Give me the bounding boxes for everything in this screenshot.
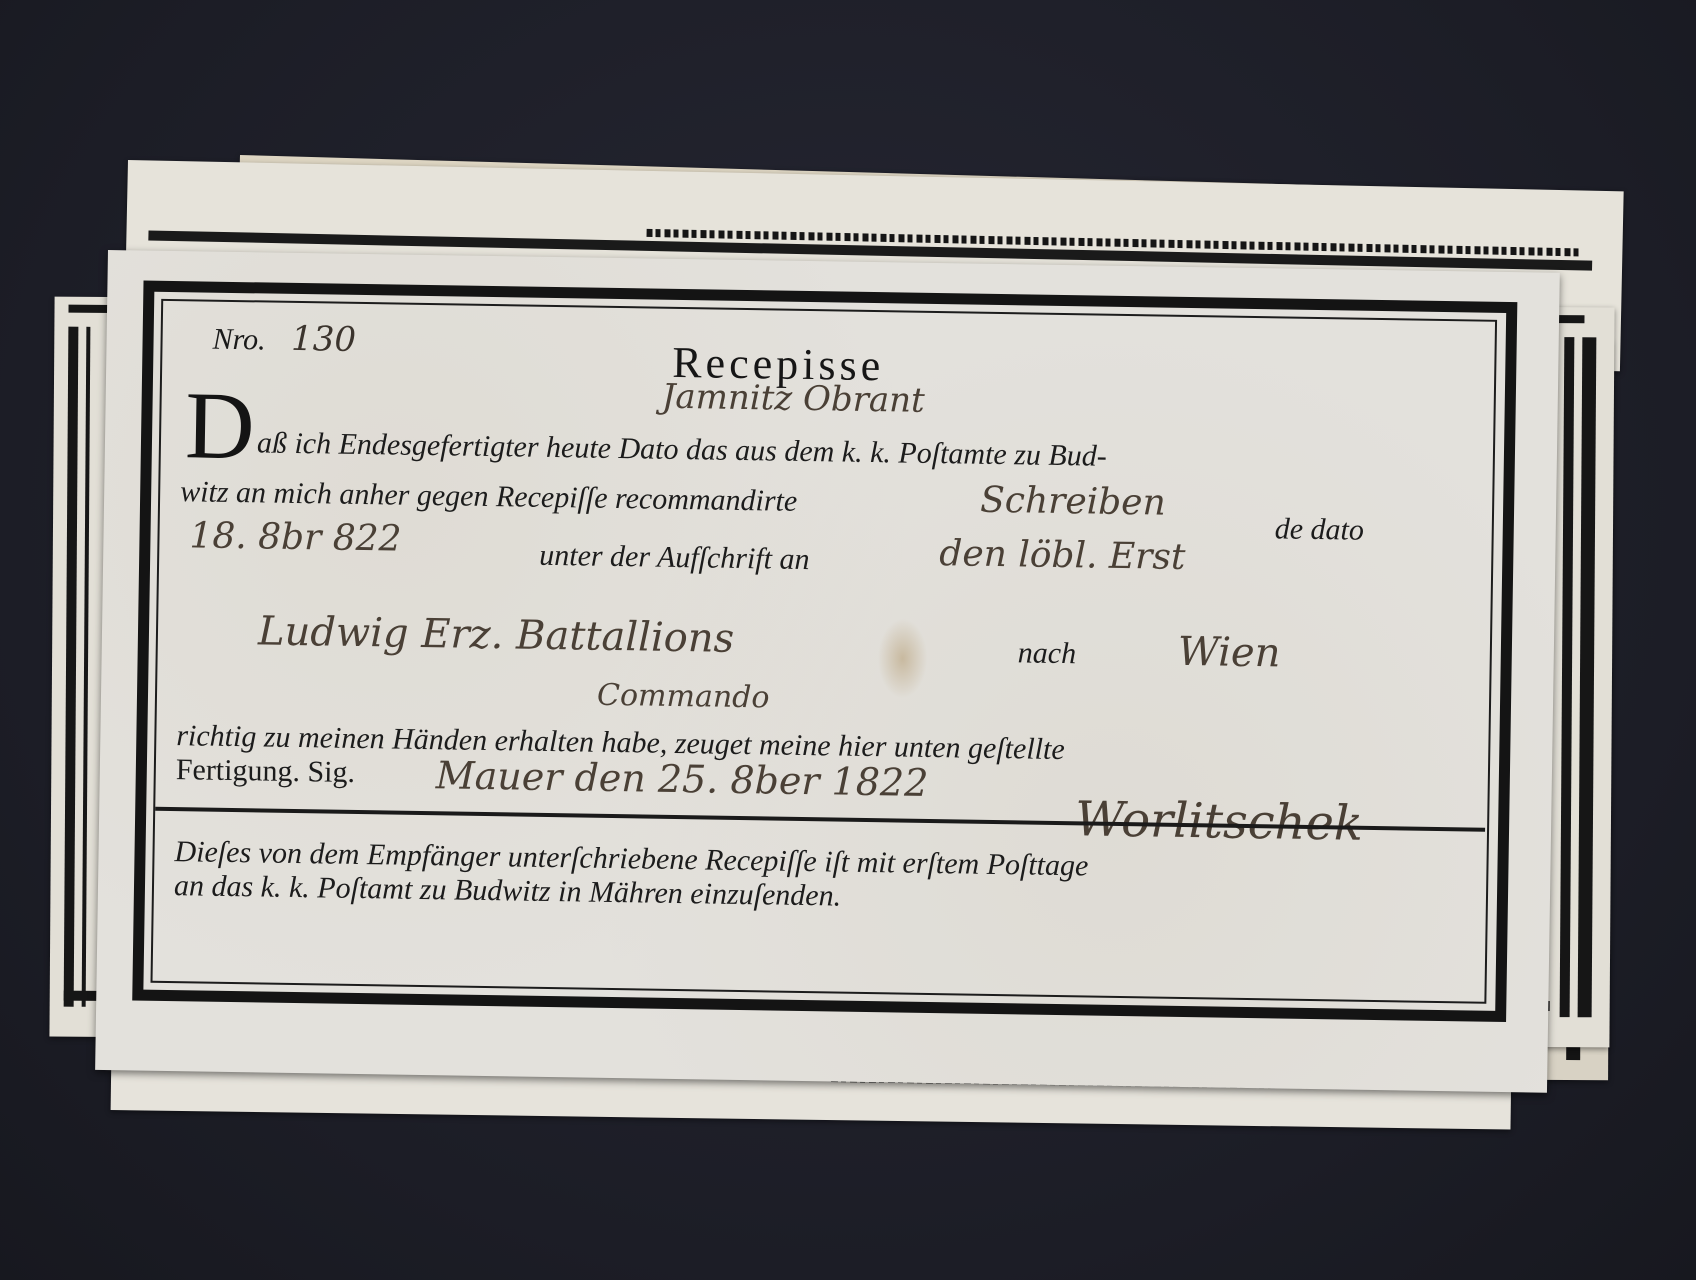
paper-stain	[877, 618, 928, 699]
printed-de-dato: de dato	[1274, 512, 1364, 547]
receipt-number-value: 130	[291, 319, 357, 360]
handwritten-sender: Jamnitz Obrant	[661, 377, 925, 421]
receipt-content: Nro. 130 Recepisse Jamnitz Obrant D aß i…	[173, 307, 1473, 995]
printed-border-bar	[64, 327, 79, 1007]
printed-line-1: aß ich Endesgefertigter heute Dato das a…	[257, 426, 1107, 473]
handwritten-item: Schreiben	[980, 480, 1166, 524]
receipt-number-label: Nro.	[212, 323, 266, 357]
handwritten-date: 18. 8br 822	[189, 515, 402, 559]
printed-line-2: witz an mich anher gegen Recepiſſe recom…	[180, 475, 798, 519]
receipt-document: Nro. 130 Recepisse Jamnitz Obrant D aß i…	[95, 250, 1560, 1093]
handwritten-place-date: Mauer den 25. 8ber 1822	[435, 753, 928, 805]
printed-line-signature-label: Fertigung. Sig.	[176, 753, 356, 790]
handwritten-commando: Commando	[597, 678, 770, 716]
printed-line-address: unter der Aufſchrift an	[539, 539, 810, 577]
drop-cap: D	[185, 377, 256, 474]
receipt-number: Nro. 130	[212, 318, 356, 360]
handwritten-addressee-line2: Ludwig Erz. Battallions	[258, 608, 735, 661]
printed-nach: nach	[1018, 636, 1077, 671]
printed-border-bar	[1560, 337, 1575, 1017]
handwritten-destination: Wien	[1177, 629, 1280, 677]
printed-border-bar	[1578, 337, 1597, 1017]
printed-border-line	[82, 327, 91, 1007]
handwritten-addressee: den löbl. Erst	[939, 533, 1186, 578]
